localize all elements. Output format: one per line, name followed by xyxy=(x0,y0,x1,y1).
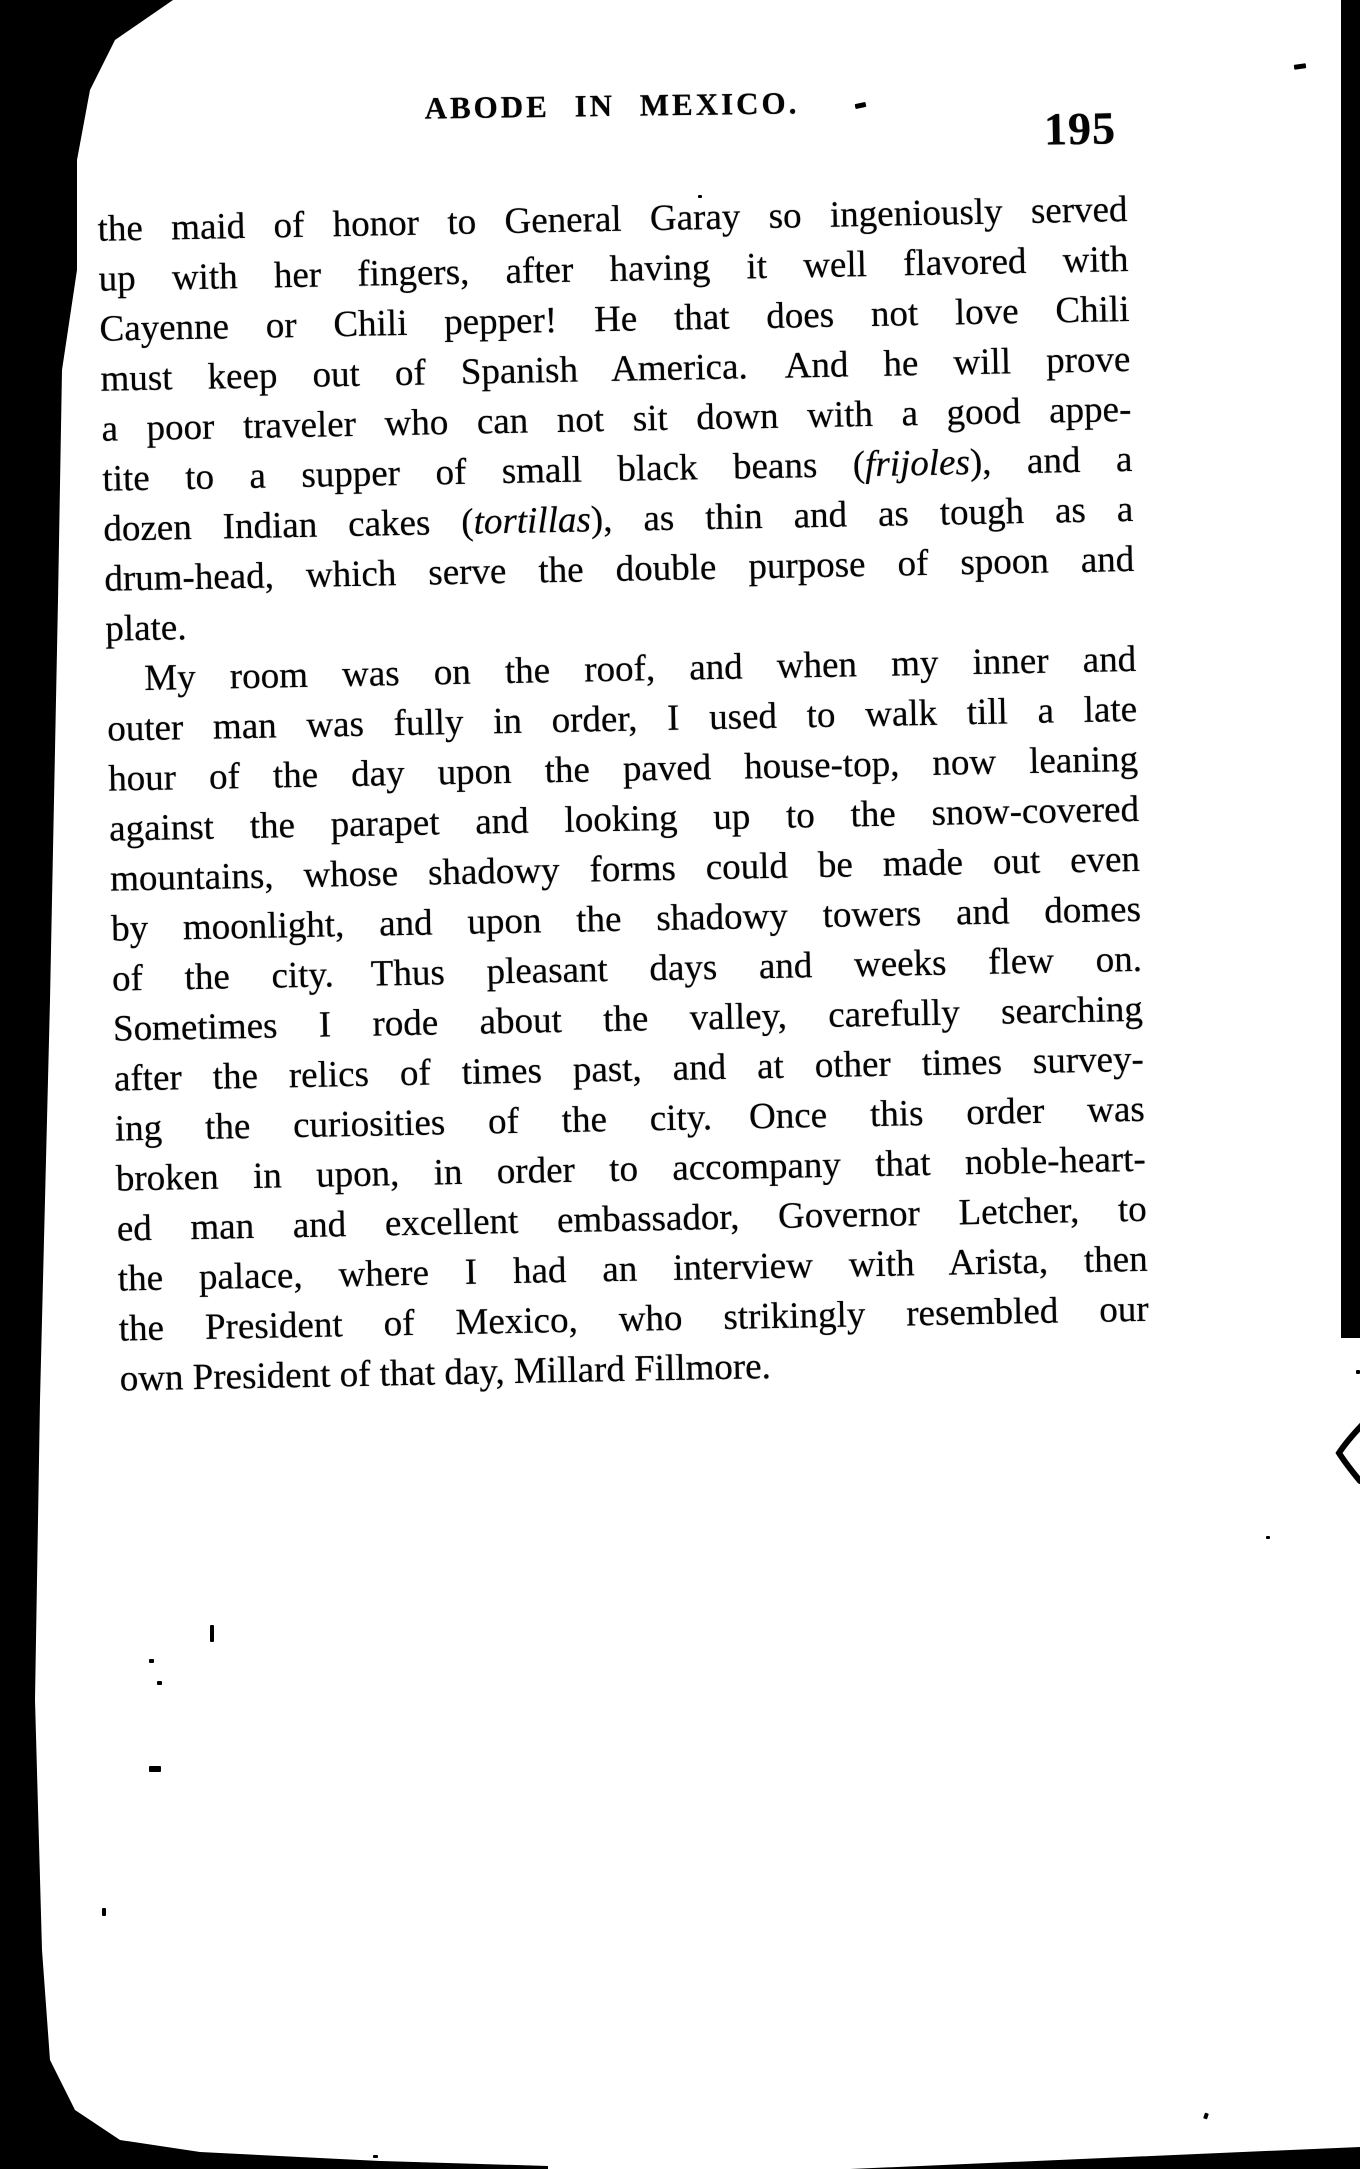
page-body: the maid of honor to General Garay so in… xyxy=(97,185,1150,1405)
scan-speck xyxy=(157,1681,162,1685)
italic-text-segment: frijoles xyxy=(865,442,971,485)
scan-speck xyxy=(149,1766,161,1772)
scan-speck xyxy=(1266,1536,1270,1539)
scan-speck xyxy=(698,195,702,198)
scan-right-edge-bar xyxy=(1341,0,1360,1338)
scan-speck xyxy=(102,1908,106,1916)
text-segment: own President of that day, Millard Fillm… xyxy=(119,1346,771,1399)
text-segment: ), and a xyxy=(969,439,1132,483)
italic-text-segment: tortillas xyxy=(473,499,591,542)
scan-speck xyxy=(1203,2112,1209,2119)
scan-speck xyxy=(373,2155,378,2158)
scan-bottom-edge-shadow xyxy=(850,2140,1360,2169)
scan-speck xyxy=(1294,63,1307,70)
running-header-title: ABODE IN MEXICO. xyxy=(97,81,1127,131)
scan-tick-mark xyxy=(210,1625,214,1642)
text-segment: dozen Indian cakes ( xyxy=(103,502,474,550)
text-segment: plate. xyxy=(105,607,187,650)
scan-speck xyxy=(149,1659,154,1663)
page-number: 195 xyxy=(1044,101,1117,155)
scan-speck xyxy=(1356,1370,1360,1374)
text-segment: ), as thin and as tough as a xyxy=(590,489,1133,540)
scan-angle-mark xyxy=(1330,1422,1360,1484)
scanned-book-page: ABODE IN MEXICO. 195 the maid of honor t… xyxy=(0,0,1360,2169)
